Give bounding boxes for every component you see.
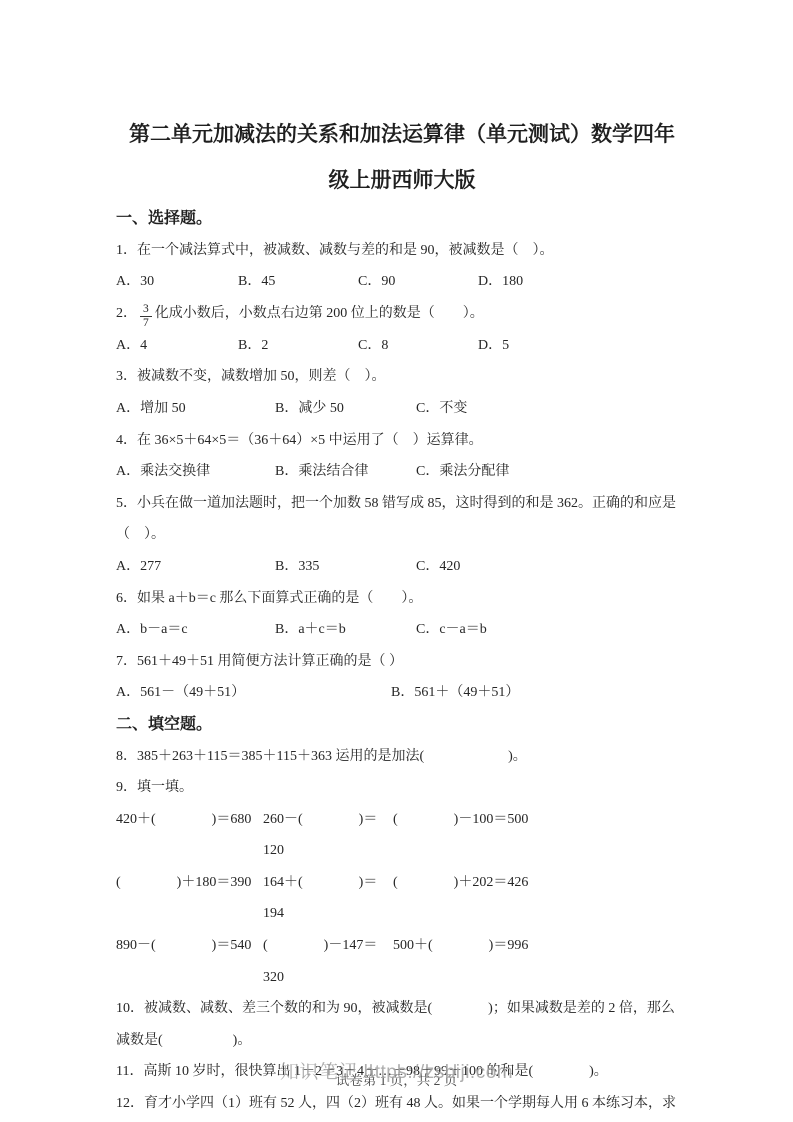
question-4-options: A．乘法交换律 B．乘法结合律 C．乘法分配律 — [116, 456, 688, 488]
question-1-text: 1．在一个减法算式中，被减数、减数与差的和是 90，被减数是（ ）。 — [116, 235, 688, 267]
title-line-1: 第二单元加减法的关系和加法运算律（单元测试）数学四年 — [116, 112, 688, 158]
option-c: C．8 — [358, 330, 478, 362]
question-7-text: 7．561＋49＋51 用简便方法计算正确的是（ ） — [116, 646, 688, 678]
section-2-heading: 二、填空题。 — [116, 709, 688, 741]
question-10-text: 10．被减数、减数、差三个数的和为 90，被减数是( )；如果减数是差的 2 倍… — [116, 993, 688, 1056]
question-6-options: A．b－a＝c B．a＋c＝b C．c－a＝b — [116, 614, 688, 646]
blank-grid-cell: 890－( )＝540 — [116, 930, 263, 993]
option-a: A．增加 50 — [116, 393, 275, 425]
option-a: A．4 — [116, 330, 238, 362]
option-b: B．45 — [238, 266, 358, 298]
blank-grid-cell: ( )－147＝320 — [263, 930, 393, 993]
question-3-options: A．增加 50 B．减少 50 C．不变 — [116, 393, 688, 425]
option-b: B．乘法结合律 — [275, 456, 416, 488]
blank-grid-cell: ( )＋180＝390 — [116, 867, 263, 930]
option-c: C．420 — [416, 551, 688, 583]
option-a: A．561－（49＋51） — [116, 677, 391, 709]
option-c: C．c－a＝b — [416, 614, 688, 646]
question-5-text: 5．小兵在做一道加法题时，把一个加数 58 错写成 85，这时得到的和是 362… — [116, 488, 688, 551]
blank-grid-cell: ( )＋202＝426 — [393, 867, 688, 930]
watermark: 知识笔记 https://zsbiji.com — [0, 1057, 793, 1084]
option-a: A．30 — [116, 266, 238, 298]
blank-grid-cell: 260－( )＝120 — [263, 804, 393, 867]
document-title: 第二单元加减法的关系和加法运算律（单元测试）数学四年 级上册西师大版 — [116, 112, 688, 203]
question-12-text: 12．育才小学四（1）班有 52 人，四（2）班有 48 人。如果一个学期每人用… — [116, 1088, 688, 1120]
blank-grid-cell: 420＋( )＝680 — [116, 804, 263, 867]
document-content: 第二单元加减法的关系和加法运算律（单元测试）数学四年 级上册西师大版 一、选择题… — [116, 0, 688, 1120]
option-c: C．90 — [358, 266, 478, 298]
question-1-options: A．30 B．45 C．90 D．180 — [116, 266, 688, 298]
question-3-text: 3．被减数不变，减数增加 50，则差（ ）。 — [116, 361, 688, 393]
question-7-options: A．561－（49＋51） B．561＋（49＋51） — [116, 677, 688, 709]
question-2-options: A．4 B．2 C．8 D．5 — [116, 330, 688, 362]
blank-grid-cell: 164＋( )＝194 — [263, 867, 393, 930]
fill-blank-row-1: 420＋( )＝680 260－( )＝120 ( )－100＝500 — [116, 804, 688, 867]
fill-blank-row-3: 890－( )＝540 ( )－147＝320 500＋( )＝996 — [116, 930, 688, 993]
option-b: B．2 — [238, 330, 358, 362]
question-2-number: 2． — [116, 306, 137, 321]
question-6-text: 6．如果 a＋b＝c 那么下面算式正确的是（ ）。 — [116, 583, 688, 615]
option-a: A．277 — [116, 551, 275, 583]
fraction-numerator: 3 — [140, 303, 152, 317]
fraction-denominator: 7 — [140, 317, 152, 330]
question-2-text: 2．37化成小数后，小数点右边第 200 位上的数是（ ）。 — [116, 298, 688, 330]
option-a: A．乘法交换律 — [116, 456, 275, 488]
question-4-text: 4．在 36×5＋64×5＝（36＋64）×5 中运用了（ ）运算律。 — [116, 425, 688, 457]
section-1-heading: 一、选择题。 — [116, 203, 688, 235]
fraction-three-sevenths: 37 — [140, 303, 152, 330]
option-b: B．561＋（49＋51） — [391, 677, 688, 709]
option-d: D．5 — [478, 330, 688, 362]
option-a: A．b－a＝c — [116, 614, 275, 646]
option-b: B．a＋c＝b — [275, 614, 416, 646]
option-c: C．乘法分配律 — [416, 456, 688, 488]
question-8-text: 8．385＋263＋115＝385＋115＋363 运用的是加法( )。 — [116, 741, 688, 773]
test-paper-page: 第二单元加减法的关系和加法运算律（单元测试）数学四年 级上册西师大版 一、选择题… — [0, 0, 793, 1122]
blank-grid-cell: ( )－100＝500 — [393, 804, 688, 867]
question-9-label: 9．填一填。 — [116, 772, 688, 804]
question-2-body: 化成小数后，小数点右边第 200 位上的数是（ ）。 — [155, 306, 484, 321]
option-c: C．不变 — [416, 393, 688, 425]
question-5-options: A．277 B．335 C．420 — [116, 551, 688, 583]
blank-grid-cell: 500＋( )＝996 — [393, 930, 688, 993]
fill-blank-row-2: ( )＋180＝390 164＋( )＝194 ( )＋202＝426 — [116, 867, 688, 930]
option-d: D．180 — [478, 266, 688, 298]
option-b: B．335 — [275, 551, 416, 583]
option-b: B．减少 50 — [275, 393, 416, 425]
title-line-2: 级上册西师大版 — [116, 158, 688, 204]
